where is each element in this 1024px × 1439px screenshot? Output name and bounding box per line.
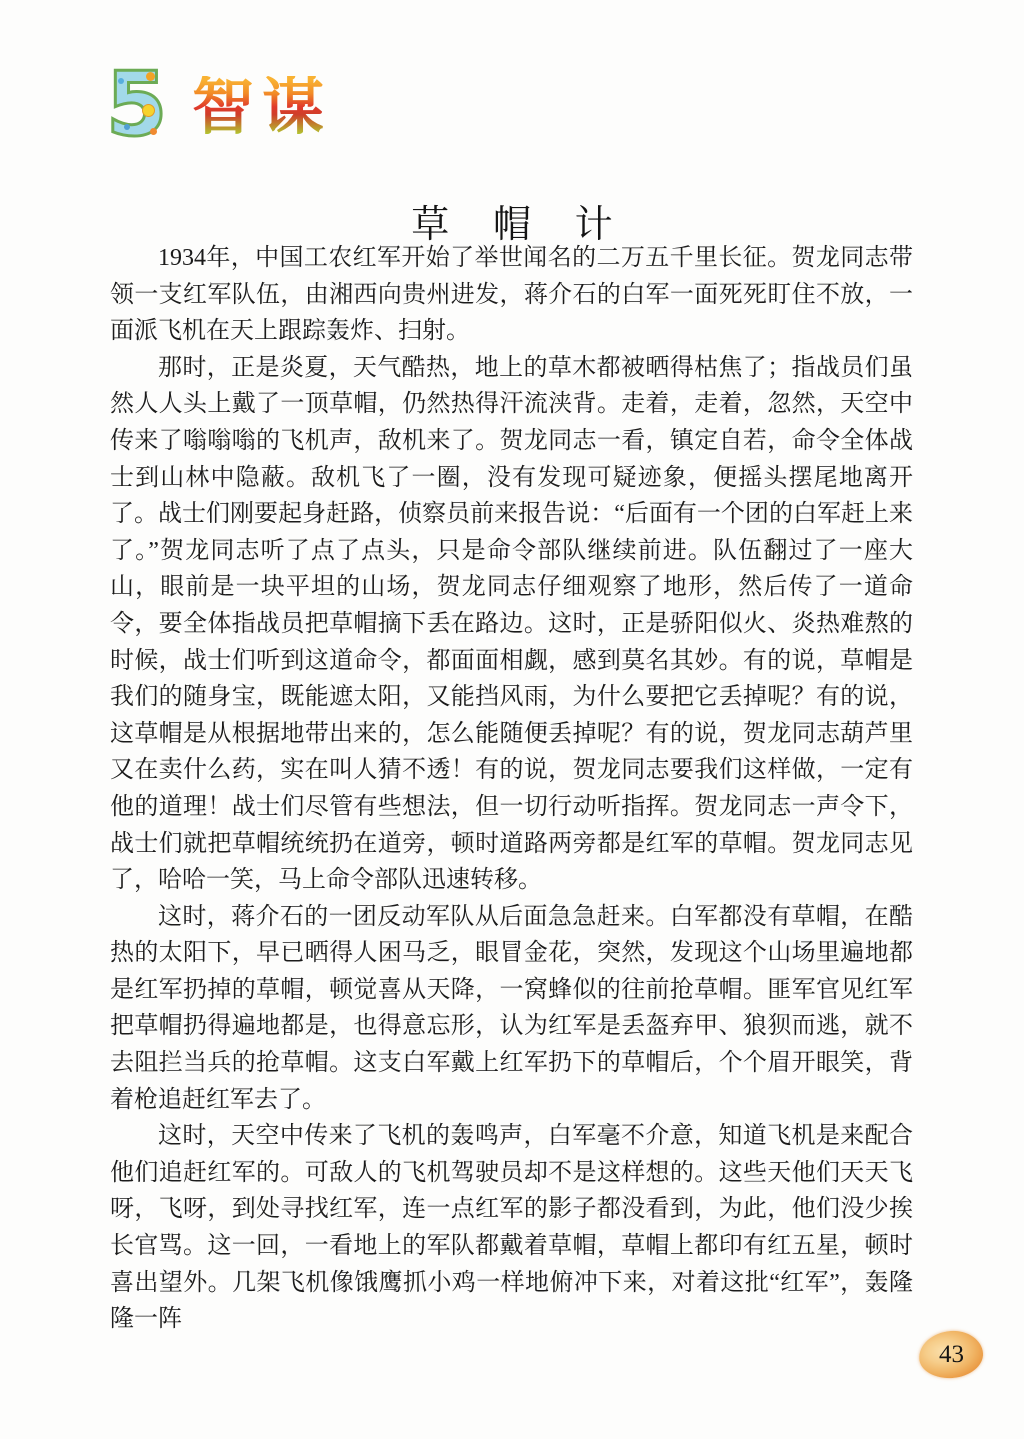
lesson-body: 1934年，中国工农红军开始了举世闻名的二万五千里长征。贺龙同志带领一支红军队伍… xyxy=(110,240,913,1338)
textbook-page: 5 智谋 草帽计 1934年，中国工农红军开始了举世闻名的二万五千里长征。贺龙同… xyxy=(0,0,1024,1439)
unit-number: 5 xyxy=(106,66,166,144)
page-number-badge: 43 xyxy=(917,1329,984,1380)
confetti-dot-icon xyxy=(146,72,155,81)
confetti-dot-icon xyxy=(142,104,155,117)
page-number: 43 xyxy=(939,1341,964,1369)
paragraph: 1934年，中国工农红军开始了举世闻名的二万五千里长征。贺龙同志带领一支红军队伍… xyxy=(110,240,913,350)
paragraph: 这时，天空中传来了飞机的轰鸣声，白军毫不介意，知道飞机是来配合他们追赶红军的。可… xyxy=(110,1118,913,1338)
unit-title: 智谋 xyxy=(192,76,332,138)
confetti-dot-icon xyxy=(118,78,124,84)
paragraph: 那时，正是炎夏，天气酷热，地上的草木都被晒得枯焦了；指战员们虽然人人头上戴了一顶… xyxy=(110,350,913,899)
unit-number-badge: 5 xyxy=(106,66,166,144)
confetti-dot-icon xyxy=(150,128,157,135)
confetti-dot-icon xyxy=(124,124,130,130)
unit-header: 5 智谋 xyxy=(106,66,332,144)
paragraph: 这时，蒋介石的一团反动军队从后面急急赶来。白军都没有草帽，在酷热的太阳下，早已晒… xyxy=(110,899,913,1119)
